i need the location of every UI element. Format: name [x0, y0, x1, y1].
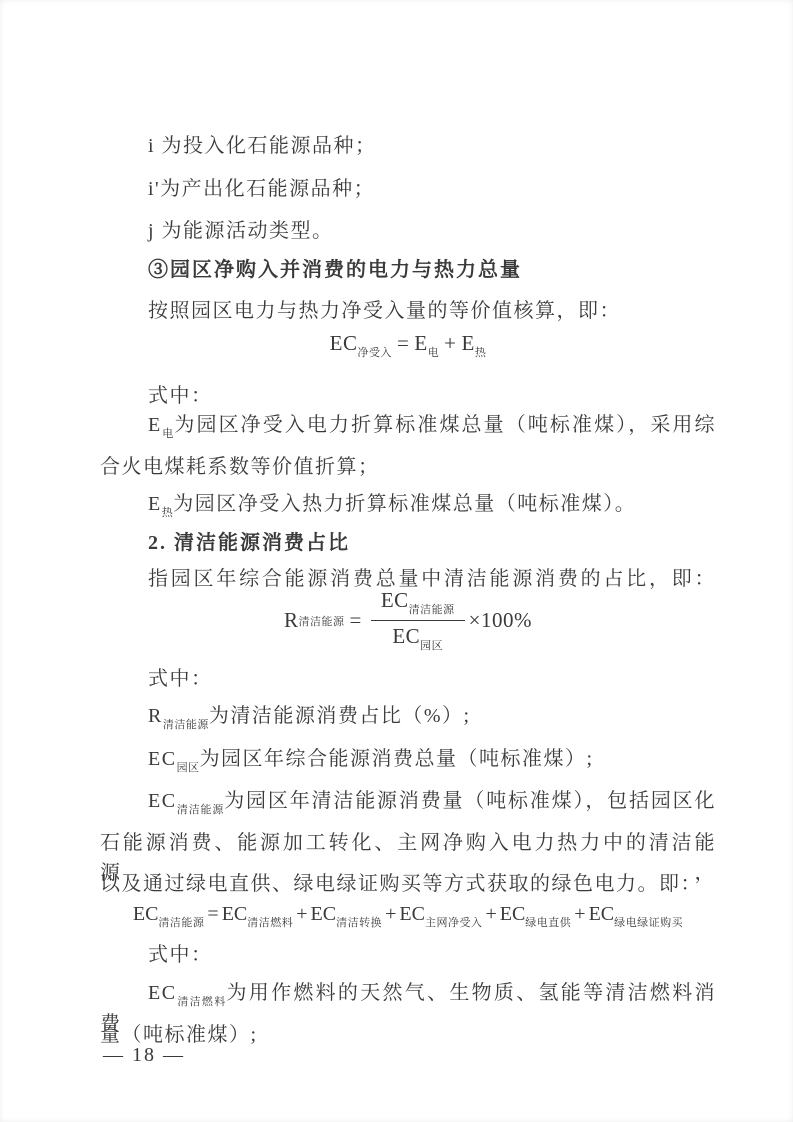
paragraph-r-definition: R清洁能源为清洁能源消费占比（%）;	[100, 701, 716, 732]
formula-term-base: E	[414, 331, 427, 355]
symbol-base: EC	[148, 748, 177, 770]
times-100-percent: ×100%	[469, 608, 532, 633]
symbol-subscript: 热	[162, 507, 174, 519]
symbol-subscript: 清洁能源	[177, 804, 225, 816]
paragraph-ec-clean-continuation-2: 以及通过绿电直供、绿电绿证购买等方式获取的绿色电力。即：	[100, 869, 716, 899]
formula-term-base: E	[462, 331, 475, 355]
definition-text: 为清洁能源消费占比（%）;	[209, 705, 471, 727]
plus-sign: +	[574, 903, 585, 925]
equals-sign: =	[207, 903, 218, 925]
formula-term-subscript: 热	[475, 347, 487, 359]
equals-sign: =	[397, 331, 409, 355]
symbol-subscript: 清洁燃料	[177, 996, 227, 1008]
symbol-base: EC	[148, 790, 177, 812]
formula-term-base: EC	[222, 903, 248, 925]
symbol-base: R	[148, 705, 163, 727]
plus-sign: +	[485, 903, 496, 925]
plus-sign: +	[385, 903, 396, 925]
paragraph-variable-i-prime: i'为产出化石能源品种；	[100, 174, 716, 204]
formula-term-subscript: 绿电绿证购买	[614, 917, 683, 929]
paragraph-e-electric-continuation: 合火电煤耗系数等价值折算；	[100, 452, 716, 482]
formula-term-subscript: 清洁转换	[336, 917, 382, 929]
formula-net-received-energy: EC净受入=E电+E热	[100, 328, 716, 360]
formula-term-subscript: 园区	[420, 640, 443, 652]
paragraph-e-heat-definition: E热为园区净受入热力折算标准煤总量（吨标准煤）。	[100, 489, 716, 520]
fraction-denominator: EC园区	[392, 621, 443, 653]
paragraph-ec-clean-definition: EC清洁能源为园区年清洁能源消费量（吨标准煤），包括园区化	[100, 786, 716, 817]
plus-sign: +	[444, 331, 456, 355]
formula-term-base: EC	[133, 903, 159, 925]
equals-sign: =	[349, 608, 361, 633]
paragraph-variable-j: j 为能源活动类型。	[100, 216, 716, 246]
formula-term-subscript: 电	[428, 347, 440, 359]
formula-term-subscript: 绿电直供	[525, 917, 571, 929]
document-page: i 为投入化石能源品种； i'为产出化石能源品种； j 为能源活动类型。 ③园区…	[0, 0, 793, 1122]
formula-clean-energy-ratio: R清洁能源 = EC清洁能源 EC园区 ×100%	[100, 588, 716, 653]
formula-term-subscript: 清洁能源	[409, 604, 455, 616]
page-number: — 18 —	[103, 1044, 185, 1067]
formula-term-base: EC	[399, 903, 425, 925]
heading-clean-energy-ratio: 2. 清洁能源消费占比	[100, 528, 716, 558]
paragraph-where-2: 式中：	[100, 664, 716, 694]
formula-term-subscript: 清洁能源	[158, 917, 204, 929]
symbol-base: E	[148, 414, 162, 436]
fraction-numerator: EC清洁能源	[371, 588, 465, 621]
formula-term-base: EC	[500, 903, 526, 925]
formula-term-base: EC	[330, 331, 358, 355]
definition-text: 为园区年综合能源消费总量（吨标准煤）;	[200, 748, 594, 770]
paragraph-accounting-rule: 按照园区电力与热力净受入量的等价值核算，即：	[100, 296, 716, 326]
definition-text: 为园区年清洁能源消费量（吨标准煤），包括园区化	[224, 790, 716, 812]
symbol-base: E	[148, 493, 162, 515]
formula-term-base: EC	[381, 588, 409, 612]
formula-term-base: EC	[589, 903, 615, 925]
definition-text: 为园区净受入电力折算标准煤总量（吨标准煤），采用综	[174, 414, 716, 436]
paragraph-where-1: 式中：	[100, 381, 716, 411]
heading-net-purchased-power-heat: ③园区净购入并消费的电力与热力总量	[100, 255, 716, 285]
symbol-base: EC	[148, 982, 177, 1004]
formula-term-base: EC	[311, 903, 337, 925]
formula-term-subscript: 主网净受入	[425, 917, 483, 929]
paragraph-e-electric-definition: E电为园区净受入电力折算标准煤总量（吨标准煤），采用综	[100, 410, 716, 441]
paragraph-ec-fuel-continuation: 量（吨标准煤）;	[100, 1020, 716, 1050]
formula-term-base: R	[284, 608, 299, 633]
paragraph-ec-park-definition: EC园区为园区年综合能源消费总量（吨标准煤）;	[100, 744, 716, 775]
formula-term-subscript: 清洁燃料	[247, 917, 293, 929]
definition-text: 为园区净受入热力折算标准煤总量（吨标准煤）。	[173, 493, 636, 515]
fraction: EC清洁能源 EC园区	[371, 588, 465, 653]
paragraph-where-3: 式中：	[100, 940, 716, 970]
symbol-subscript: 清洁能源	[163, 719, 209, 731]
plus-sign: +	[296, 903, 307, 925]
symbol-subscript: 电	[162, 428, 175, 440]
formula-clean-energy-sum: EC清洁能源=EC清洁燃料+EC清洁转换+EC主网净受入+EC绿电直供+EC绿电…	[100, 899, 716, 930]
paragraph-variable-i: i 为投入化石能源品种；	[100, 131, 716, 161]
formula-term-subscript: 清洁能源	[298, 613, 344, 629]
symbol-subscript: 园区	[177, 762, 200, 774]
formula-term-subscript: 净受入	[358, 347, 393, 359]
formula-term-base: EC	[392, 624, 420, 648]
